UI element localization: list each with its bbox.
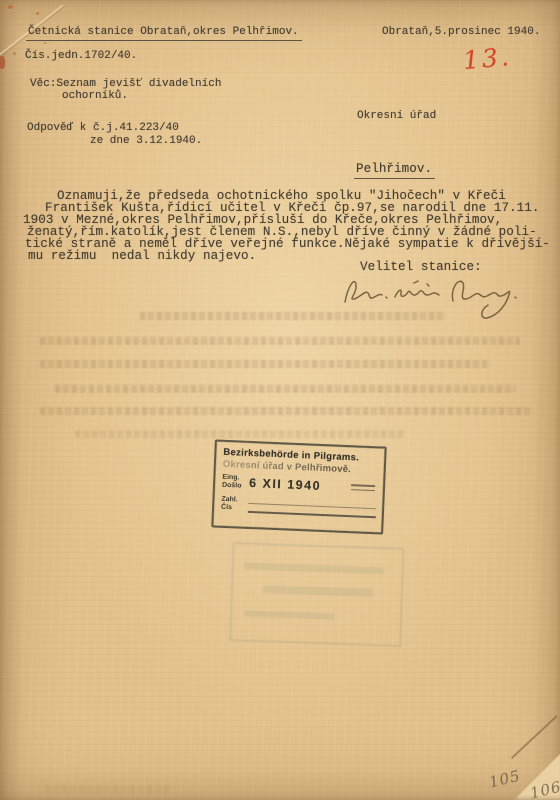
bleed-through-stamp bbox=[229, 542, 404, 647]
subject-line-1: Věc:Seznam jevišť divadelních bbox=[30, 79, 221, 90]
paper-stain bbox=[13, 52, 16, 55]
station-header-line: Četnická stanice Obrataň,okres Pelhřimov… bbox=[26, 27, 302, 41]
page-corner-edge bbox=[511, 715, 557, 758]
paper-stain bbox=[44, 42, 46, 44]
stamp-received-date: 6 XII 1940 bbox=[249, 476, 322, 493]
pencil-page-number: 105 bbox=[487, 766, 522, 791]
bleed-through-line bbox=[45, 785, 170, 793]
bleed-through-line bbox=[75, 430, 405, 438]
recipient-office: Okresní úřad bbox=[357, 111, 436, 122]
stamp-date-field-lines bbox=[351, 484, 375, 491]
bleed-through-line bbox=[140, 312, 445, 320]
bleed-through-line bbox=[40, 337, 520, 345]
reply-reference-line-1: Odpověď k č.j.41.223/40 bbox=[27, 123, 179, 134]
stamp-received-label-cs: Došlo bbox=[222, 482, 249, 491]
scanned-letter-screenshot: Četnická stanice Obrataň,okres Pelhřimov… bbox=[0, 0, 560, 800]
bleed-through-line bbox=[55, 385, 515, 393]
place-date-line: Obrataň,5.prosinec 1940. bbox=[382, 27, 540, 38]
paper-sheet: Četnická stanice Obrataň,okres Pelhřimov… bbox=[0, 0, 560, 800]
stamp-number-label-cs: Čís bbox=[221, 504, 248, 513]
paper-stain bbox=[8, 5, 13, 9]
red-handwritten-number: 13. bbox=[462, 42, 513, 75]
reply-reference-line-2: ze dne 3.12.1940. bbox=[90, 136, 202, 147]
stamp-number-field-lines bbox=[248, 497, 377, 518]
bleed-through-line bbox=[40, 407, 530, 415]
paper-stain bbox=[0, 56, 5, 69]
paper-stain bbox=[36, 12, 39, 15]
bleed-through-line bbox=[40, 360, 490, 368]
subject-line-2: ochorníků. bbox=[62, 91, 128, 102]
received-stamp: Bezirksbehörde in Pilgrams. Okresní úřad… bbox=[211, 439, 387, 534]
file-number-line: Čís.jedn.1702/40. bbox=[25, 51, 137, 62]
pencil-page-number-next: 106 bbox=[528, 777, 560, 800]
recipient-city: Pelhřimov. bbox=[354, 163, 435, 179]
body-line: mu režimu nedal nikdy najevo. bbox=[28, 250, 256, 263]
